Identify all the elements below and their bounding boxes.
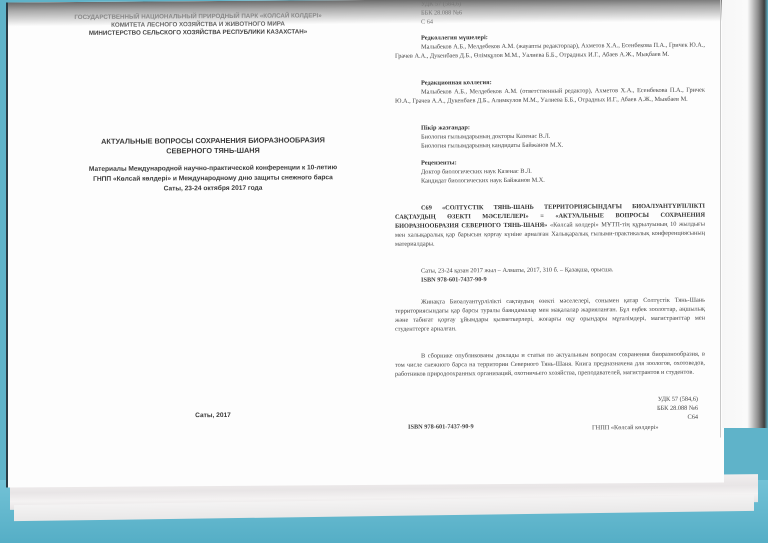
book-right-edge-shadow [722,0,768,428]
abstract-kz: Жинақта Биоалуантүрлілікті сақтаудың өзе… [395,296,705,334]
left-page-footer: Саты, 2017 [48,411,378,420]
reviewer-ru-2: Кандидат биологических наук Байжанов М.Х… [395,175,705,186]
open-book-page: ГОСУДАРСТВЕННЫЙ НАЦИОНАЛЬНЫЙ ПРИРОДНЫЙ П… [6,0,724,488]
bottom-author-mark: С64 [568,413,698,423]
catalog-code: С69 [421,205,432,212]
conference-date: Саты, 23-24 октября 2017 года [48,184,378,193]
top-classification-codes: УДК 57 (584,6) ББК 28.088 №6 С 64 [421,0,462,27]
scanned-book-spread: ГОСУДАРСТВЕННЫЙ НАЦИОНАЛЬНЫЙ ПРИРОДНЫЙ П… [0,0,768,543]
book-title-line-2: СЕВЕРНОГО ТЯНЬ-ШАНЯ [48,145,378,157]
bottom-bbk: ББК 28.088 №6 [568,404,698,414]
isbn-line: ISBN 978-601-7437-90-9 [395,274,705,285]
catalog-imprint: Саты, 23-24 қазан 2017 жыл – Алматы, 201… [395,265,705,285]
editorial-board-ru: Редакционная коллегия: Малыбеков А.Б., М… [395,77,705,106]
page-edge-line [720,0,721,438]
abstract-kz-text: Жинақта Биоалуантүрлілікті сақтаудың өзе… [395,296,705,334]
book-subtitle: Материалы Международной научно-практичес… [48,163,378,185]
header-line-3: МИНИСТЕРСТВО СЕЛЬСКОГО ХОЗЯЙСТВА РЕСПУБЛ… [8,28,388,39]
author-mark: С 64 [421,17,462,26]
publisher: ГНПП «Көлсай көлдері» [592,423,659,432]
bbk-code: ББК 28.088 №6 [421,8,462,17]
editorial-board-ru-text: Малыбеков А.Б., Мелдебеков А.М. (ответст… [395,86,705,106]
bottom-classification-codes: УДК 57 (584,6) ББК 28.088 №6 С64 [568,395,698,423]
editorial-board-kz: Редколлегия мүшелері: Малыбеков А.Б., Ме… [395,32,705,61]
bottom-isbn: ISBN 978-601-7437-90-9 [408,422,474,431]
left-page-header: ГОСУДАРСТВЕННЫЙ НАЦИОНАЛЬНЫЙ ПРИРОДНЫЙ П… [8,12,388,39]
editorial-board-kz-text: Малыбеков А.Б., Мелдебеков А.М. (жауапты… [395,41,705,61]
udk-code: УДК 57 (584,6) [421,0,462,9]
reviewers-kz: Пікір жазғандар: Биология ғылымдарының д… [395,122,705,151]
reviewer-kz-2: Биология ғылымдарының кандидаты Байжанов… [395,140,705,151]
abstract-ru-text: В сборнике опубликованы доклады и статьи… [395,350,705,379]
reviewers-ru: Рецензенты: Доктор биологических наук Ка… [395,157,705,186]
catalog-entry: С69 «СОЛТҮСТІК ТЯНЬ-ШАНЬ ТЕРРИТОРИЯСЫНДА… [395,202,705,249]
book-title: АКТУАЛЬНЫЕ ВОПРОСЫ СОХРАНЕНИЯ БИОРАЗНООБ… [48,135,378,157]
abstract-ru: В сборнике опубликованы доклады и статьи… [395,350,705,379]
